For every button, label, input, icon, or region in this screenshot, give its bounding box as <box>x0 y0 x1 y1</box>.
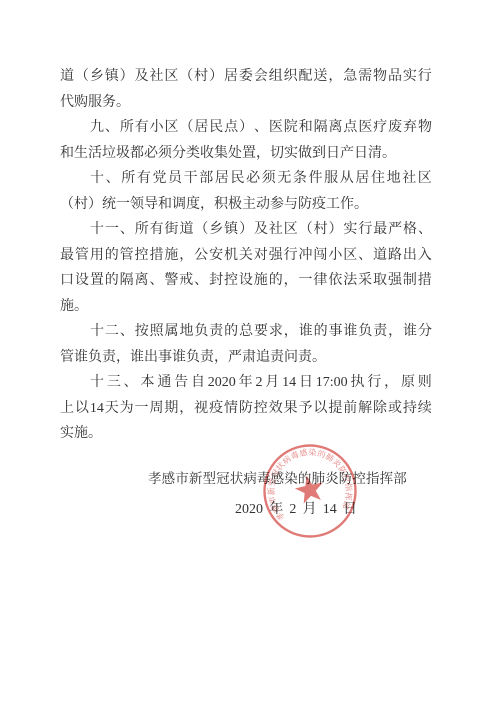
official-seal: 孝感市新型冠状病毒感染的肺炎防控指挥部 <box>251 432 370 551</box>
document-line: 上以14天为一周期，视疫情防控效果予以提前解除或持续 <box>60 396 432 422</box>
document-line: 十一、所有街道（乡镇）及社区（村）实行最严格、 <box>60 217 432 243</box>
document-line: 最管用的管控措施，公安机关对强行冲闯小区、道路出入 <box>60 243 432 269</box>
seal-ring <box>256 437 364 545</box>
document-line: 代购服务。 <box>60 90 432 116</box>
document-line: 十三、本通告自2020年2月14日17:00执行，原则 <box>60 370 432 396</box>
scanned-notice-page: 道（乡镇）及社区（村）居委会组织配送，急需物品实行代购服务。九、所有小区（居民点… <box>0 0 500 707</box>
document-line: 实施。 <box>60 421 432 447</box>
document-line: （村）统一领导和调度，积极主动参与防疫工作。 <box>60 192 432 218</box>
document-line: 十、所有党员干部居民必须无条件服从居住地社区 <box>60 166 432 192</box>
date-line: 2020年2月14日 <box>235 497 357 522</box>
document-line: 和生活垃圾都必须分类收集处置，切实做到日产日清。 <box>60 141 432 167</box>
document-line: 九、所有小区（居民点）、医院和隔离点医疗废弃物 <box>60 115 432 141</box>
document-body: 道（乡镇）及社区（村）居委会组织配送，急需物品实行代购服务。九、所有小区（居民点… <box>60 64 432 447</box>
document-line: 施。 <box>60 294 432 320</box>
document-line: 十二、按照属地负责的总要求，谁的事谁负责，谁分 <box>60 319 432 345</box>
signature-line: 孝感市新型冠状病毒感染的肺炎防控指挥部 <box>148 466 407 491</box>
document-line: 管谁负责，谁出事谁负责，严肃追责问责。 <box>60 345 432 371</box>
document-line: 口设置的隔离、警戒、封控设施的，一律依法采取强制措 <box>60 268 432 294</box>
document-line: 道（乡镇）及社区（村）居委会组织配送，急需物品实行 <box>60 64 432 90</box>
